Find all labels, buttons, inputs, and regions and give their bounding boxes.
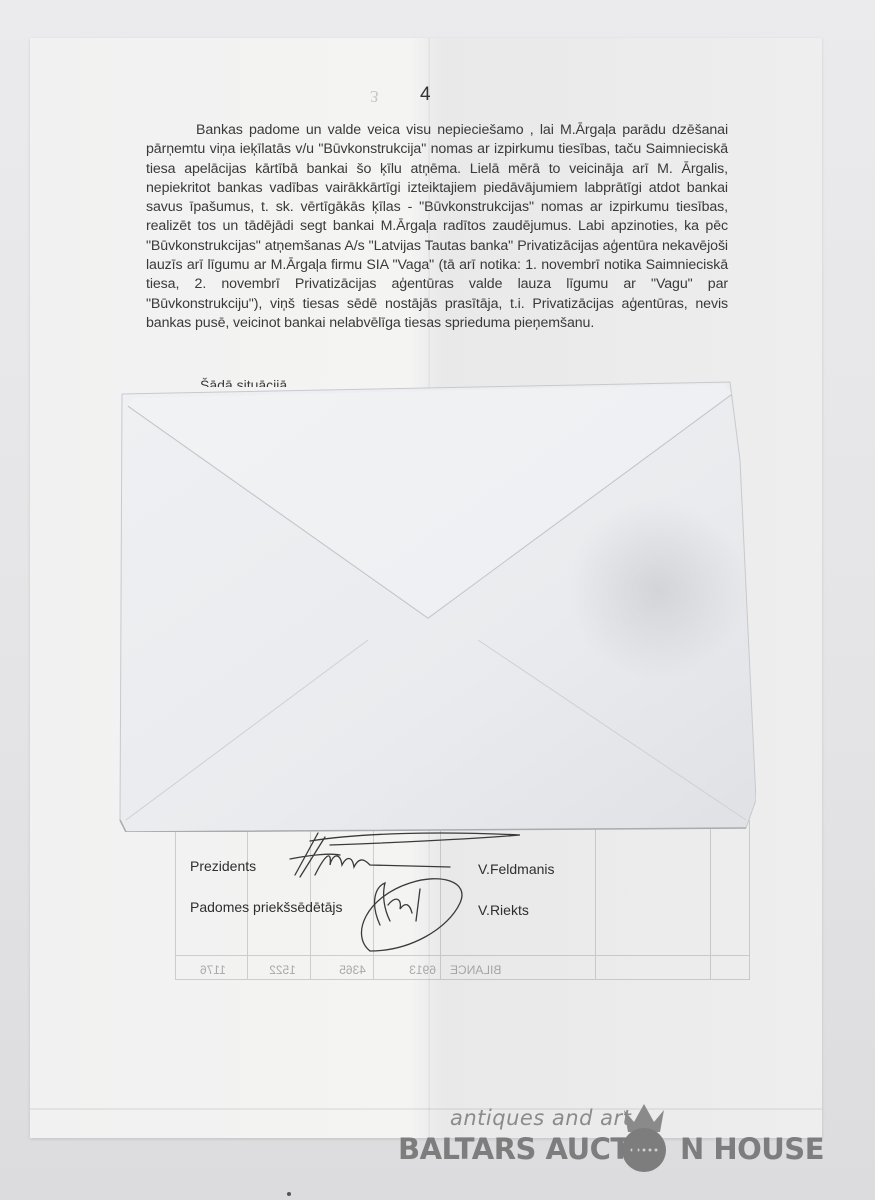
ghost-table-values: 6913 4365 1522 1176 bbox=[200, 963, 436, 977]
ghost-page-number: 3 bbox=[370, 86, 379, 106]
horizontal-fold bbox=[30, 1108, 822, 1110]
page-number: 4 bbox=[420, 84, 431, 106]
envelope bbox=[118, 380, 756, 832]
signatory-role-president: Prezidents bbox=[190, 858, 256, 874]
watermark-brand: BALTARS AUCTIN HOUSE bbox=[398, 1132, 824, 1166]
ghost-table-label: BILANCE bbox=[450, 963, 501, 977]
document-body: Bankas padome un valde veica visu nepiec… bbox=[146, 121, 728, 333]
surface-speck bbox=[287, 1192, 291, 1196]
watermark-tagline: antiques and art bbox=[450, 1106, 631, 1130]
handwritten-signatures bbox=[270, 825, 530, 955]
paragraph: Bankas padome un valde veica visu nepiec… bbox=[146, 121, 728, 333]
